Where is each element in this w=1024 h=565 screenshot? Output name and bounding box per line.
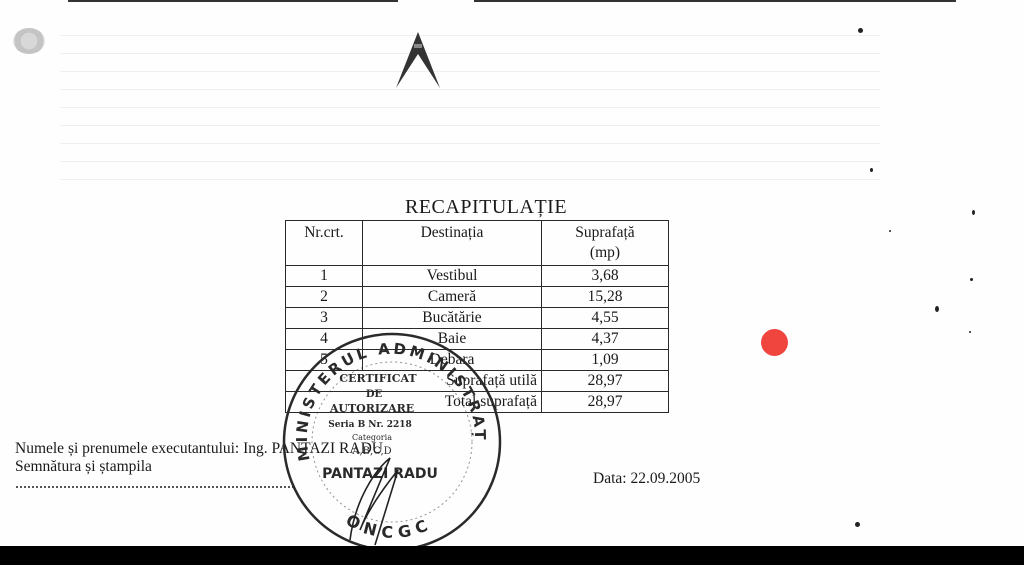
date-text: Data: 22.09.2005 — [593, 470, 700, 488]
document-title: RECAPITULAȚIE — [405, 196, 567, 219]
table-row: 2 Cameră 15,28 — [286, 287, 669, 308]
official-seal-stamp: MINISTERUL ADMINISTRAȚIEI ȘI INTERNELOR … — [280, 330, 505, 555]
scan-speck — [969, 331, 971, 333]
bottom-black-bar — [0, 546, 1024, 565]
svg-text:A,B,C,D: A,B,C,D — [351, 446, 391, 457]
scan-speck — [889, 230, 891, 232]
signature-dotted-line — [16, 486, 294, 488]
scan-speck — [855, 522, 860, 527]
svg-text:ONCGC: ONCGC — [343, 510, 436, 542]
svg-text:MINISTERUL ADMINISTRAȚIEI ȘI I: MINISTERUL ADMINISTRAȚIEI ȘI INTERNELOR — [280, 330, 489, 462]
top-border-line-left — [68, 0, 398, 2]
executant-label: Numele și prenumele executantului: — [15, 440, 239, 457]
scan-speck — [870, 168, 873, 172]
svg-text:Seria B Nr. 2218: Seria B Nr. 2218 — [328, 420, 412, 430]
scan-speck — [972, 210, 975, 215]
header-suprafata: Suprafață (mp) — [542, 221, 669, 266]
table-row: 3 Bucătărie 4,55 — [286, 308, 669, 329]
scan-speck — [970, 278, 973, 281]
scan-speck — [858, 28, 863, 33]
faint-background-bleed — [60, 20, 880, 180]
red-dot-marker[interactable] — [761, 329, 788, 356]
header-destinatia: Destinația — [363, 221, 542, 266]
header-nr: Nr.crt. — [286, 221, 363, 266]
svg-text:Categoria: Categoria — [352, 433, 392, 442]
signature-label: Semnătura și ștampila — [15, 458, 152, 476]
scan-speck — [935, 306, 939, 312]
top-border-line-right — [474, 0, 956, 2]
north-arrow-icon — [393, 30, 443, 90]
svg-text:AUTORIZARE: AUTORIZARE — [329, 402, 414, 415]
svg-text:CERTIFICAT: CERTIFICAT — [339, 372, 417, 385]
hole-punch-mark — [13, 28, 45, 54]
scanned-document-page: RECAPITULAȚIE Nr.crt. Destinația Suprafa… — [0, 0, 1024, 546]
table-row: 1 Vestibul 3,68 — [286, 266, 669, 287]
seal-ring-text: MINISTERUL ADMINISTRAȚIEI ȘI INTERNELOR — [280, 330, 489, 462]
svg-text:DE: DE — [366, 389, 383, 400]
table-header-row: Nr.crt. Destinația Suprafață (mp) — [286, 221, 669, 266]
seal-bottom-text: ONCGC — [343, 510, 436, 542]
